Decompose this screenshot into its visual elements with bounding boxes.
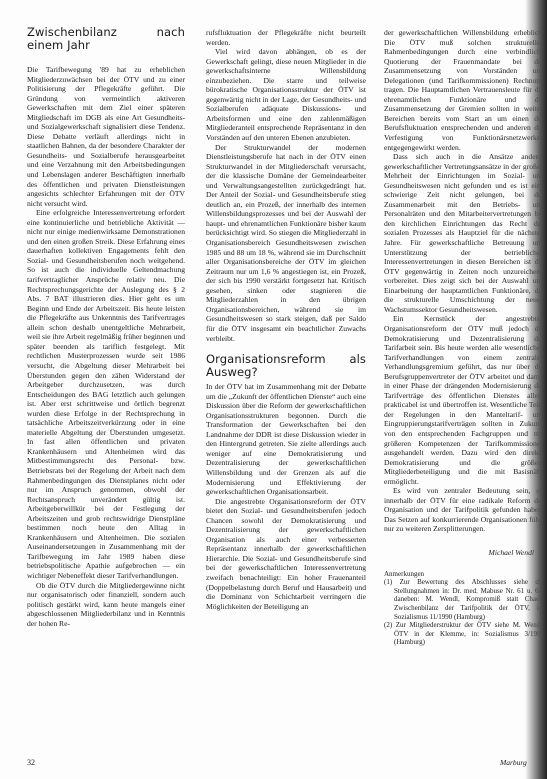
- footnote: (2) Zur Mitgliederstruktur der ÖTV siehe…: [384, 621, 544, 647]
- section-heading-zwischenbilanz: Zwischenbilanz nach einem Jahr: [27, 26, 185, 51]
- footer-label: Marburg: [500, 758, 527, 767]
- author-signature: Michael Wendl: [384, 548, 544, 558]
- section-heading-organisationsreform: Organisationsreform als Ausweg?: [206, 353, 366, 378]
- paragraph: Eine erfolgreiche Interessenvertretung e…: [27, 208, 185, 580]
- footnotes: Anmerkungen (1) Zur Bewertung des Abschl…: [384, 570, 544, 647]
- footnotes-title: Anmerkungen: [384, 570, 544, 579]
- paragraph: der gewerkschaftlichen Willensbildung er…: [384, 28, 544, 152]
- paragraph: Es wird von zentraler Bedeutung sein, ob…: [384, 486, 544, 534]
- paragraph: In der ÖTV hat im Zusammenhang mit der D…: [206, 382, 366, 497]
- column-3: der gewerkschaftlichen Willensbildung er…: [384, 28, 544, 647]
- paragraph: Die Tarifbewegung '89 hat zu erheblichen…: [27, 65, 185, 208]
- document-page: Zwischenbilanz nach einem Jahr Die Tarif…: [0, 0, 547, 779]
- paragraph: Die angestrebte Organisationsreform der …: [206, 497, 366, 612]
- paragraph: rufsfluktuation der Pflegekräfte nicht b…: [206, 28, 366, 47]
- paragraph: Ein Kernstück der angestrebten Organisat…: [384, 314, 544, 486]
- paragraph: Dass sich auch in die Ansätze anderer ge…: [384, 152, 544, 314]
- scan-edge-shadow: [525, 0, 547, 779]
- column-2: rufsfluktuation der Pflegekräfte nicht b…: [206, 28, 366, 611]
- paragraph: Ob die ÖTV durch die Mitgliedergewinne n…: [27, 581, 185, 629]
- page-number: 32: [27, 758, 35, 767]
- paragraph: Viel wird davon abhängen, ob es der Gewe…: [206, 47, 366, 142]
- column-1: Zwischenbilanz nach einem Jahr Die Tarif…: [27, 26, 185, 628]
- paragraph: Der Strukturwandel der modernen Dienstle…: [206, 143, 366, 343]
- footnote: (1) Zur Bewertung des Abschlusses siehe …: [384, 578, 544, 621]
